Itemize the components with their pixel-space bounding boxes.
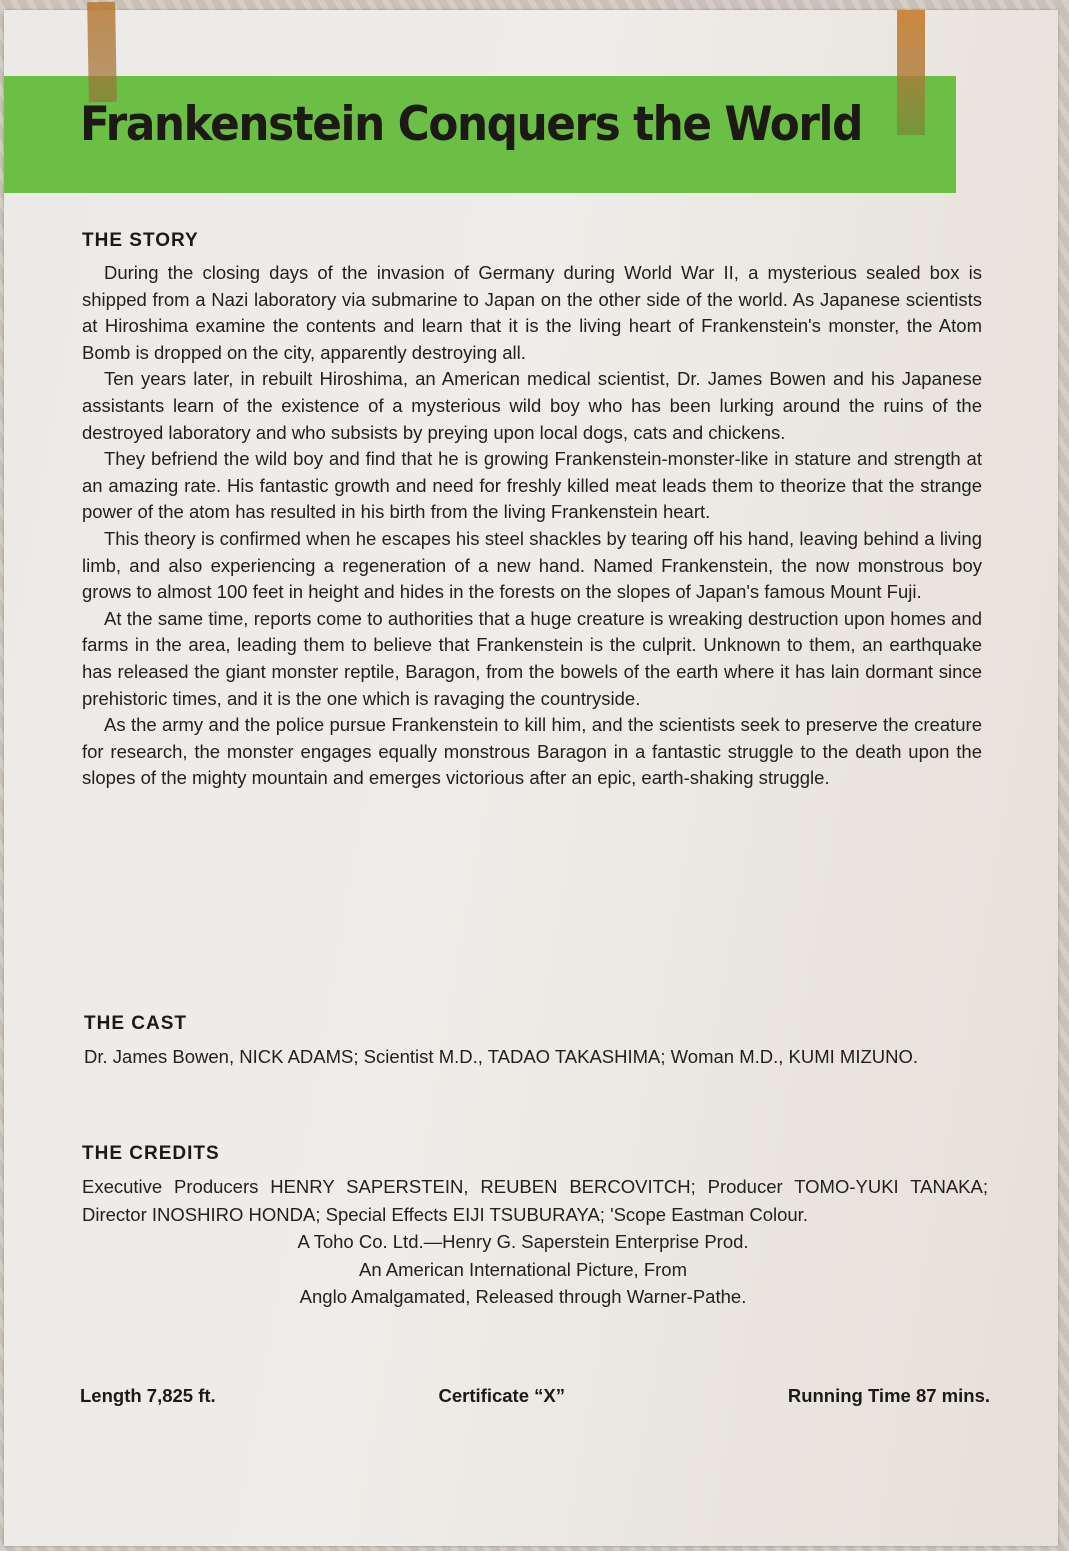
distribution-line: An American International Picture, From	[58, 1256, 988, 1284]
footer-specs: Length 7,825 ft. Certificate “X” Running…	[80, 1385, 990, 1407]
document-title: Frankenstein Conquers the World	[80, 97, 862, 152]
cast-text: Dr. James Bowen, NICK ADAMS; Scientist M…	[84, 1043, 986, 1070]
film-certificate: Certificate “X”	[439, 1385, 565, 1407]
release-line: Anglo Amalgamated, Released through Warn…	[58, 1283, 988, 1311]
film-length: Length 7,825 ft.	[80, 1385, 216, 1407]
cast-heading: THE CAST	[84, 1013, 986, 1035]
story-paragraph: Ten years later, in rebuilt Hiroshima, a…	[82, 366, 982, 446]
story-paragraph: As the army and the police pursue Franke…	[82, 712, 982, 792]
running-time: Running Time 87 mins.	[788, 1385, 990, 1407]
story-paragraph: During the closing days of the invasion …	[82, 260, 982, 366]
story-paragraph: They befriend the wild boy and find that…	[82, 446, 982, 526]
tape-strip-left	[87, 2, 117, 102]
story-body: During the closing days of the invasion …	[82, 260, 982, 792]
credits-text: Executive Producers HENRY SAPERSTEIN, RE…	[82, 1173, 988, 1228]
cast-section: THE CAST Dr. James Bowen, NICK ADAMS; Sc…	[84, 1013, 986, 1070]
credits-section: THE CREDITS Executive Producers HENRY SA…	[82, 1143, 988, 1311]
credits-heading: THE CREDITS	[82, 1143, 988, 1165]
story-paragraph: At the same time, reports come to author…	[82, 606, 982, 712]
story-heading: THE STORY	[82, 230, 982, 252]
story-paragraph: This theory is confirmed when he escapes…	[82, 526, 982, 606]
production-line: A Toho Co. Ltd.—Henry G. Saperstein Ente…	[58, 1228, 988, 1256]
tape-strip-right	[897, 10, 925, 135]
story-section: THE STORY During the closing days of the…	[82, 230, 982, 792]
